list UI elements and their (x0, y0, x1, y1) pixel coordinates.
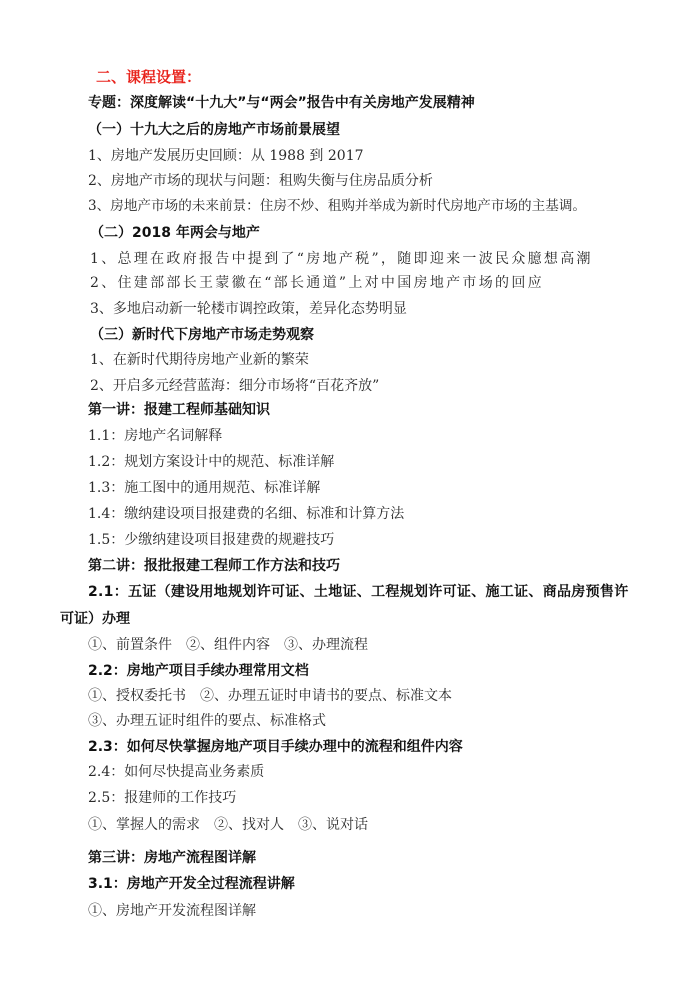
part2-item-2: 2、住建部部长王蒙徽在“部长通道”上对中国房地产市场的回应 (90, 274, 544, 292)
lecture2-s25-sub: ①、掌握人的需求 ②、找对人 ③、说对话 (88, 816, 368, 834)
lecture2-s22: 2.2：房地产项目手续办理常用文档 (88, 662, 309, 680)
part2-heading: （二）2018 年两会与地产 (90, 224, 260, 242)
lecture3-s31-sub: ①、房地产开发流程图详解 (88, 902, 256, 920)
lecture2-s25: 2.5：报建师的工作技巧 (88, 789, 236, 807)
lecture1-item-2: 1.2：规划方案设计中的规范、标准详解 (88, 453, 334, 471)
part1-item-3: 3、房地产市场的未来前景：住房不炒、租购并举成为新时代房地产市场的主基调。 (88, 197, 586, 215)
part1-item-2: 2、房地产市场的现状与问题：租购失衡与住房品质分析 (88, 172, 433, 190)
lecture3-s31: 3.1：房地产开发全过程流程讲解 (88, 875, 295, 893)
part2-item-3: 3、多地启动新一轮楼市调控政策，差异化态势明显 (90, 300, 407, 318)
lecture1-item-4: 1.4：缴纳建设项目报建费的名细、标准和计算方法 (88, 505, 404, 523)
lecture1-item-5: 1.5：少缴纳建设项目报建费的规避技巧 (88, 531, 334, 549)
lecture1-item-3: 1.3：施工图中的通用规范、标准详解 (88, 479, 320, 497)
lecture2-heading: 第二讲：报批报建工程师工作方法和技巧 (88, 557, 340, 575)
lecture2-s24: 2.4：如何尽快提高业务素质 (88, 763, 264, 781)
part3-item-2: 2、开启多元经营蓝海：细分市场将“百花齐放” (90, 377, 379, 395)
lecture2-s22-sub1: ①、授权委托书 ②、办理五证时申请书的要点、标准文本 (88, 687, 452, 705)
lecture1-item-1: 1.1：房地产名词解释 (88, 427, 222, 445)
part1-heading: （一）十九大之后的房地产市场前景展望 (88, 121, 340, 139)
section-title: 二、课程设置： (96, 68, 201, 86)
topic-heading: 专题：深度解读“十九大”与“两会”报告中有关房地产发展精神 (88, 94, 475, 112)
part3-heading: （三）新时代下房地产市场走势观察 (90, 326, 314, 344)
lecture3-heading: 第三讲：房地产流程图详解 (88, 849, 256, 867)
lecture1-heading: 第一讲：报建工程师基础知识 (88, 401, 270, 419)
lecture2-s21-line2: 可证）办理 (60, 610, 130, 628)
part1-item-1: 1、房地产发展历史回顾：从 1988 到 2017 (88, 147, 364, 165)
lecture2-s23: 2.3：如何尽快掌握房地产项目手续办理中的流程和组件内容 (88, 738, 463, 756)
lecture2-s21-line1: 2.1：五证（建设用地规划许可证、土地证、工程规划许可证、施工证、商品房预售许 (88, 583, 629, 601)
part2-item-1: 1、总理在政府报告中提到了“房地产税”，随即迎来一波民众臆想高潮 (90, 250, 593, 268)
lecture2-s21-sub: ①、前置条件 ②、组件内容 ③、办理流程 (88, 636, 368, 654)
part3-item-1: 1、在新时代期待房地产业新的繁荣 (90, 351, 309, 369)
lecture2-s22-sub2: ③、办理五证时组件的要点、标准格式 (88, 712, 326, 730)
